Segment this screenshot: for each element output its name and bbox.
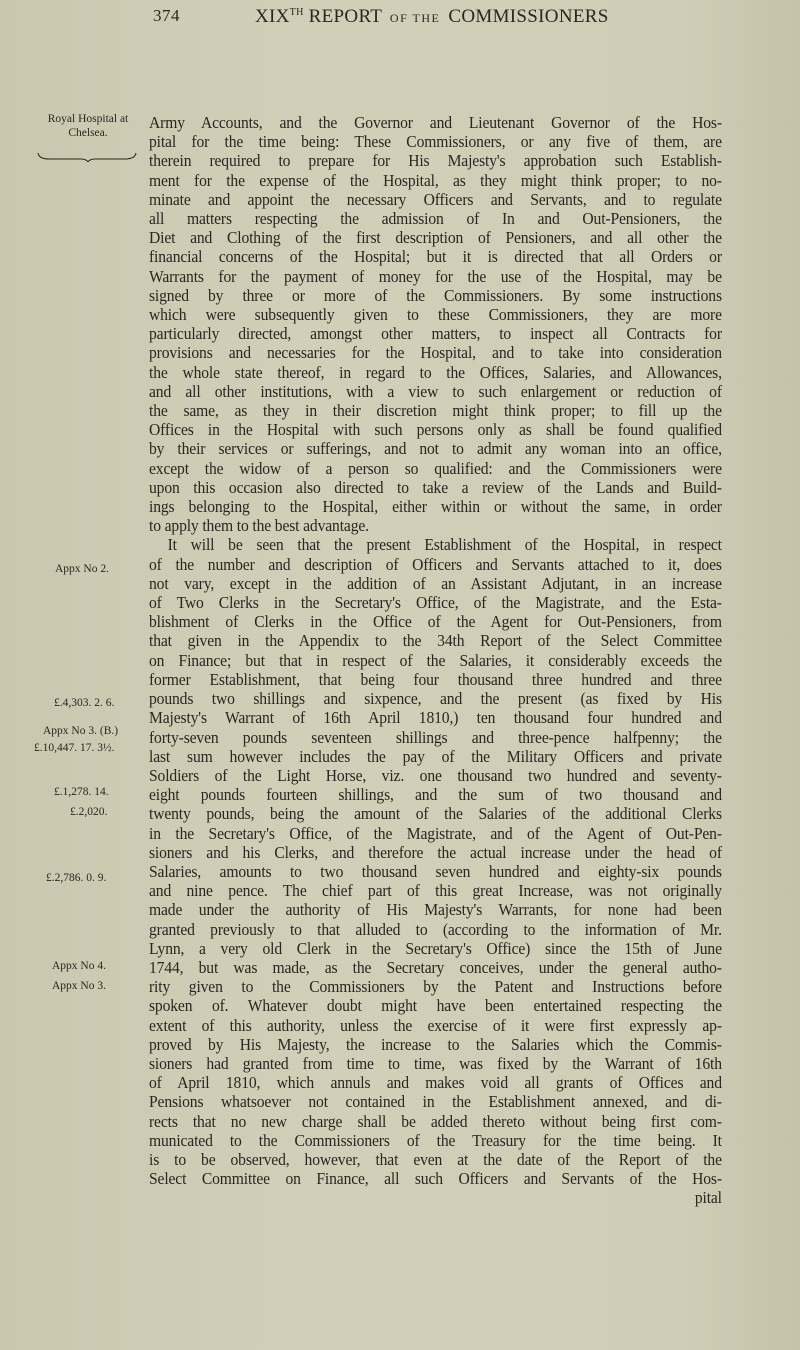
text-line: all matters respecting the admission of …: [149, 209, 722, 228]
page-number: 374: [153, 6, 180, 26]
body-text: Army Accounts, and the Governor and Lieu…: [149, 113, 722, 1208]
title-main: COMMISSIONERS: [448, 6, 608, 27]
text-line: Offices in the Hospital with such person…: [149, 420, 722, 439]
text-line: It will be seen that the present Establi…: [149, 535, 722, 554]
text-line: is to be observed, however, that even at…: [149, 1150, 722, 1169]
text-line: and nine pence. The chief part of this g…: [149, 881, 722, 900]
running-head: 374 XIXTH REPORT OF THE COMMISSIONERS: [0, 6, 800, 36]
margin-note-sum-1278: £.1,278. 14.: [54, 786, 109, 798]
document-page: 374 XIXTH REPORT OF THE COMMISSIONERS Ro…: [0, 0, 800, 1350]
text-line: ment for the expense of the Hospital, as…: [149, 171, 722, 190]
margin-note-royal-hospital: Royal Hospital at Chelsea.: [36, 112, 140, 140]
text-line: pital for the time being: These Commissi…: [149, 132, 722, 151]
margin-note-app-3b: Appx No 3. (B.): [43, 725, 118, 737]
brace-icon: [37, 152, 137, 162]
text-line: which were subsequently given to these C…: [149, 305, 722, 324]
text-line: the same, as they in their discretion mi…: [149, 401, 722, 420]
margin-note-line: Chelsea.: [36, 126, 140, 140]
text-line: of April 1810, which annuls and makes vo…: [149, 1073, 722, 1092]
text-line: forty-seven pounds seventeen shillings a…: [149, 728, 722, 747]
text-line: eight pounds fourteen shillings, and the…: [149, 785, 722, 804]
text-line: Warrants for the payment of money for th…: [149, 267, 722, 286]
text-line: upon this occasion also directed to take…: [149, 478, 722, 497]
margin-note-sum-4303: £.4,303. 2. 6.: [54, 697, 114, 709]
title-of-the: OF THE: [390, 11, 440, 25]
text-line: financial concerns of the Hospital; but …: [149, 247, 722, 266]
text-line: to apply them to the best advantage.: [149, 516, 722, 535]
text-line: extent of this authority, unless the exe…: [149, 1016, 722, 1035]
text-line: Majesty's Warrant of 16th April 1810,) t…: [149, 708, 722, 727]
catchword: pital: [149, 1188, 722, 1207]
text-line: Select Committee on Finance, all such Of…: [149, 1169, 722, 1188]
margin-note-app-2: Appx No 2.: [55, 563, 109, 575]
text-line: made under the authority of His Majesty'…: [149, 900, 722, 919]
text-line: of the number and description of Officer…: [149, 555, 722, 574]
text-line: not vary, except in the addition of an A…: [149, 574, 722, 593]
title-sup: TH: [290, 7, 304, 18]
text-line: spoken of. Whatever doubt might have bee…: [149, 996, 722, 1015]
text-line: sioners and his Clerks, and therefore th…: [149, 843, 722, 862]
text-line: except the widow of a person so qualifie…: [149, 459, 722, 478]
margin-note-app-3: Appx No 3.: [52, 980, 106, 992]
text-line: granted previously to that alluded to (a…: [149, 920, 722, 939]
title-prefix: XIX: [255, 6, 290, 27]
text-line: former Establishment, that being four th…: [149, 670, 722, 689]
text-line: municated to the Commissioners of the Tr…: [149, 1131, 722, 1150]
page-title: XIXTH REPORT OF THE COMMISSIONERS: [255, 6, 609, 28]
text-line: provisions and necessaries for the Hospi…: [149, 343, 722, 362]
text-line: the whole state thereof, in regard to th…: [149, 363, 722, 382]
text-line: particularly directed, amongst other mat…: [149, 324, 722, 343]
text-line: twenty pounds, being the amount of the S…: [149, 804, 722, 823]
text-line: rity given to the Commissioners by the P…: [149, 977, 722, 996]
text-line: rects that no new charge shall be added …: [149, 1112, 722, 1131]
title-report: REPORT: [309, 6, 382, 27]
text-line: therein required to prepare for His Maje…: [149, 151, 722, 170]
text-line: and all other institutions, with a view …: [149, 382, 722, 401]
text-line: 1744, but was made, as the Secretary con…: [149, 958, 722, 977]
text-line: in the Secretary's Office, of the Magist…: [149, 824, 722, 843]
text-line: of Two Clerks in the Secretary's Office,…: [149, 593, 722, 612]
text-line: on Finance; but that in respect of the S…: [149, 651, 722, 670]
text-line: last sum however includes the pay of the…: [149, 747, 722, 766]
margin-note-app-4: Appx No 4.: [52, 960, 106, 972]
text-line: Soldiers of the Light Horse, viz. one th…: [149, 766, 722, 785]
text-line: that given in the Appendix to the 34th R…: [149, 631, 722, 650]
text-line: Diet and Clothing of the first descripti…: [149, 228, 722, 247]
text-line: signed by three or more of the Commissio…: [149, 286, 722, 305]
text-line: pounds two shillings and sixpence, and t…: [149, 689, 722, 708]
margin-note-sum-10447: £.10,447. 17. 3½.: [34, 742, 115, 754]
text-line: by their services or sufferings, and not…: [149, 439, 722, 458]
text-line: minate and appoint the necessary Officer…: [149, 190, 722, 209]
margin-note-sum-2020: £.2,020.: [70, 806, 107, 818]
text-line: blishment of Clerks in the Office of the…: [149, 612, 722, 631]
text-line: ings belonging to the Hospital, either w…: [149, 497, 722, 516]
text-line: Pensions whatsoever not contained in the…: [149, 1092, 722, 1111]
text-line: sioners had granted from time to time, w…: [149, 1054, 722, 1073]
margin-note-sum-2786: £.2,786. 0. 9.: [46, 872, 106, 884]
text-line: Salaries, amounts to two thousand seven …: [149, 862, 722, 881]
margin-note-line: Royal Hospital at: [36, 112, 140, 126]
text-line: Army Accounts, and the Governor and Lieu…: [149, 113, 722, 132]
text-line: proved by His Majesty, the increase to t…: [149, 1035, 722, 1054]
text-line: Lynn, a very old Clerk in the Secretary'…: [149, 939, 722, 958]
